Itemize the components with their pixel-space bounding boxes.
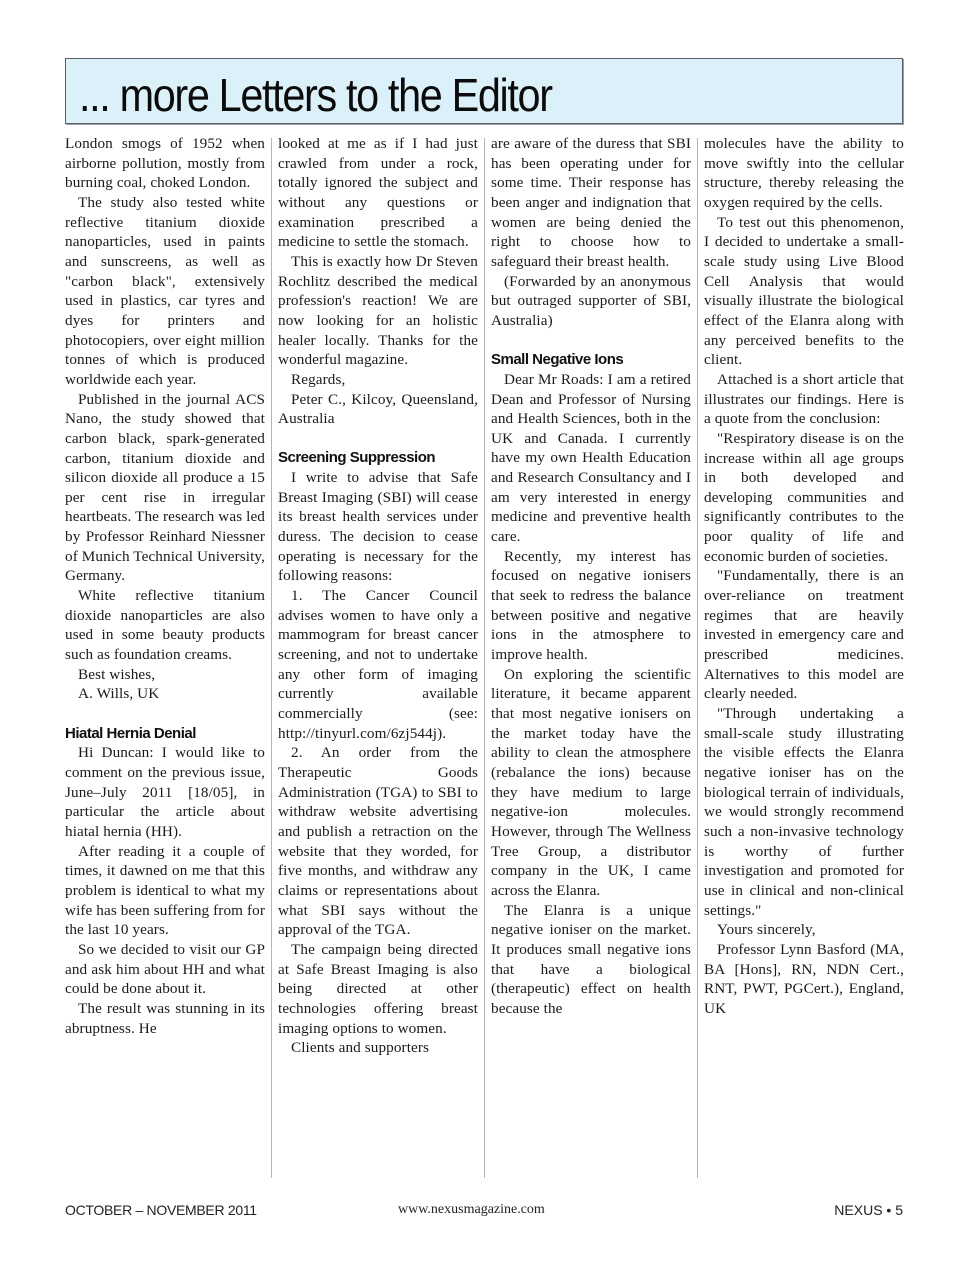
paragraph: Peter C., Kilcoy, Queensland, Australia — [278, 390, 478, 429]
paragraph: The campaign being directed at Safe Brea… — [278, 940, 478, 1038]
paragraph: So we decided to visit our GP and ask hi… — [65, 940, 265, 999]
letter-heading: Small Negative Ions — [491, 350, 691, 370]
spacer — [491, 331, 691, 351]
page-number: NEXUS • 5 — [834, 1202, 903, 1218]
column-divider — [484, 138, 485, 1178]
paragraph: "Fundamentally, there is an over-relianc… — [704, 566, 904, 704]
paragraph: White reflective titanium dioxide nanopa… — [65, 586, 265, 665]
paragraph: London smogs of 1952 when airborne pollu… — [65, 134, 265, 193]
paragraph: "Respiratory disease is on the increase … — [704, 429, 904, 567]
paragraph: On exploring the scientific literature, … — [491, 665, 691, 901]
letter-signoff: Best wishes, — [65, 665, 265, 685]
letter-signoff: Yours sincerely, — [704, 920, 904, 940]
section-header-banner: ... more Letters to the Editor — [65, 58, 903, 124]
paragraph: This is exactly how Dr Steven Rochlitz d… — [278, 252, 478, 370]
paragraph: The Elanra is a unique negative ioniser … — [491, 901, 691, 1019]
paragraph: are aware of the duress that SBI has bee… — [491, 134, 691, 272]
column-divider — [697, 138, 698, 1178]
paragraph: I write to advise that Safe Breast Imagi… — [278, 468, 478, 586]
page-footer: OCTOBER – NOVEMBER 2011 www.nexusmagazin… — [65, 1202, 903, 1222]
paragraph: The result was stunning in its abruptnes… — [65, 999, 265, 1038]
column-3: are aware of the duress that SBI has bee… — [491, 134, 691, 1180]
paragraph: molecules have the ability to move swift… — [704, 134, 904, 213]
paragraph: After reading it a couple of times, it d… — [65, 842, 265, 940]
column-divider — [271, 138, 272, 1178]
section-title: ... more Letters to the Editor — [79, 65, 552, 125]
column-1: London smogs of 1952 when airborne pollu… — [65, 134, 265, 1180]
issue-date: OCTOBER – NOVEMBER 2011 — [65, 1202, 257, 1218]
column-4: molecules have the ability to move swift… — [704, 134, 904, 1180]
paragraph: (Forwarded by an anonymous but outraged … — [491, 272, 691, 331]
letters-columns: London smogs of 1952 when airborne pollu… — [65, 134, 903, 1184]
magazine-page: ... more Letters to the Editor London sm… — [0, 0, 968, 1280]
paragraph: Attached is a short article that illustr… — [704, 370, 904, 429]
paragraph: Published in the journal ACS Nano, the s… — [65, 390, 265, 587]
paragraph: looked at me as if I had just crawled fr… — [278, 134, 478, 252]
letter-signoff: A. Wills, UK — [65, 684, 265, 704]
letter-signoff: Regards, — [278, 370, 478, 390]
paragraph: Clients and supporters — [278, 1038, 478, 1058]
website-link[interactable]: www.nexusmagazine.com — [398, 1202, 545, 1218]
paragraph: 2. An order from the Therapeutic Goods A… — [278, 743, 478, 940]
spacer — [65, 704, 265, 724]
paragraph: Recently, my interest has focused on neg… — [491, 547, 691, 665]
paragraph: "Through undertaking a small-scale study… — [704, 704, 904, 920]
paragraph: Professor Lynn Basford (MA, BA [Hons], R… — [704, 940, 904, 1019]
column-2: looked at me as if I had just crawled fr… — [278, 134, 478, 1180]
paragraph: 1. The Cancer Council advises women to h… — [278, 586, 478, 743]
paragraph: The study also tested white reflective t… — [65, 193, 265, 390]
letter-heading: Hiatal Hernia Denial — [65, 724, 265, 744]
letter-heading: Screening Suppression — [278, 448, 478, 468]
paragraph: Dear Mr Roads: I am a retired Dean and P… — [491, 370, 691, 547]
paragraph: Hi Duncan: I would like to comment on th… — [65, 743, 265, 841]
paragraph: To test out this phenomenon, I decided t… — [704, 213, 904, 370]
spacer — [278, 429, 478, 449]
